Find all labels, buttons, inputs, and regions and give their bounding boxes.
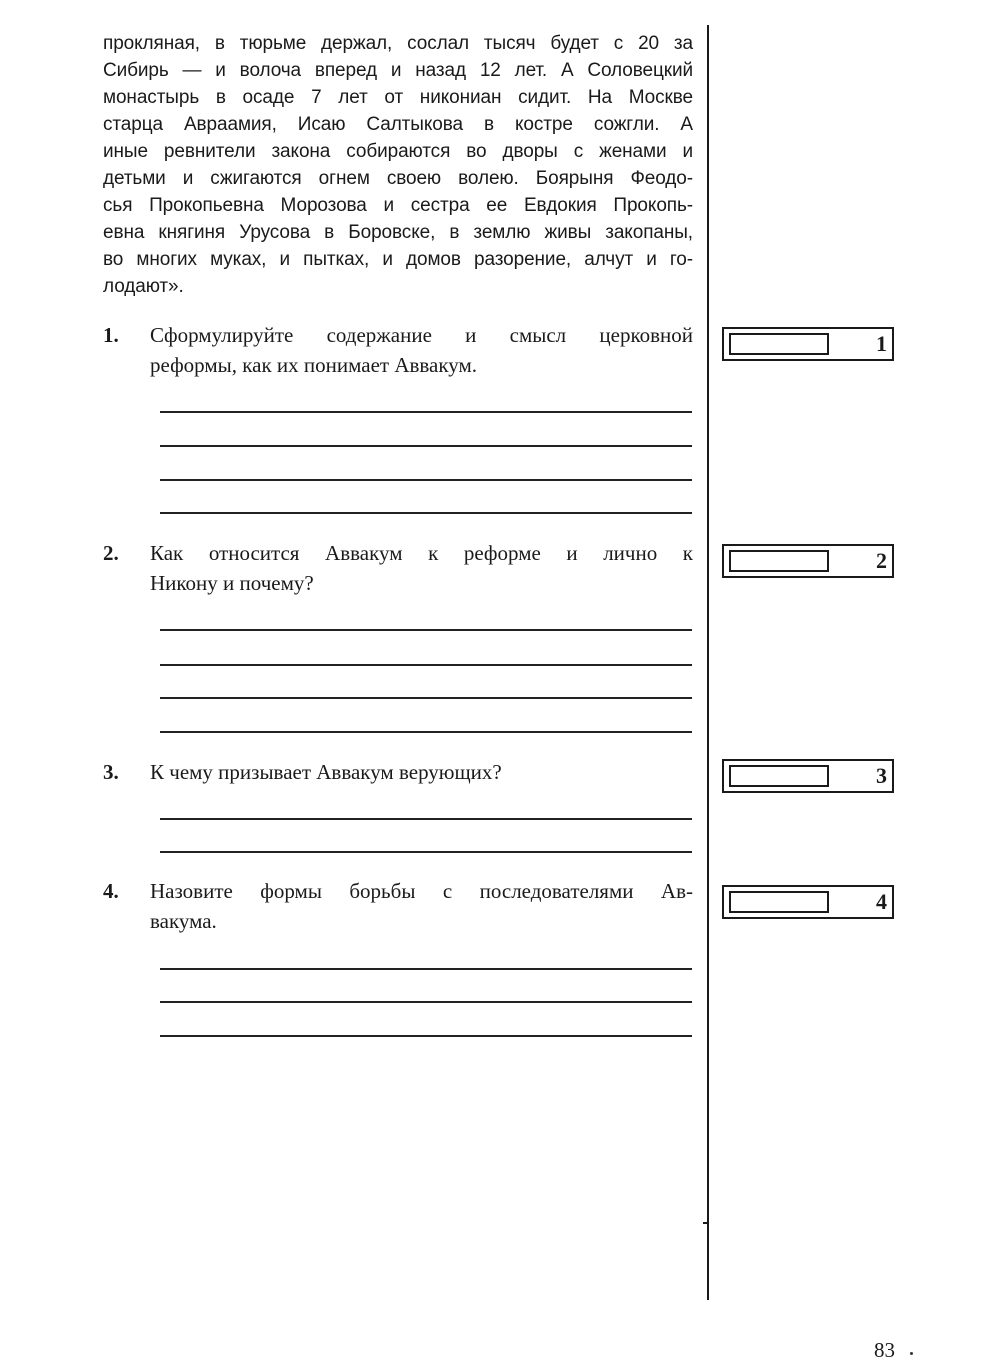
question-text-line: Сформулируйте содержание и смысл церковн… <box>150 320 693 350</box>
answer-line[interactable] <box>160 697 692 699</box>
score-label: 4 <box>876 888 887 916</box>
excerpt-line: Сибирь — и волоча вперед и назад 12 лет.… <box>103 57 693 84</box>
score-box-4[interactable]: 4 <box>722 885 894 919</box>
question-4: 4. Назовите формы борьбы с последователя… <box>103 876 693 936</box>
question-2: 2. Как относится Аввакум к реформе и лич… <box>103 538 693 598</box>
question-text: Как относится Аввакум к реформе и лично … <box>150 538 693 598</box>
question-number: 4. <box>103 876 119 906</box>
answer-line[interactable] <box>160 411 692 413</box>
answer-line[interactable] <box>160 731 692 733</box>
question-text-line: вакума. <box>150 906 693 936</box>
answer-line[interactable] <box>160 479 692 481</box>
score-label: 1 <box>876 330 887 358</box>
excerpt-line: евна княгиня Урусова в Боровске, в землю… <box>103 219 693 246</box>
excerpt-line: детьми и сжигаются огнем своею волею. Бо… <box>103 165 693 192</box>
question-text: Назовите формы борьбы с последователями … <box>150 876 693 936</box>
answer-line[interactable] <box>160 1035 692 1037</box>
source-excerpt: прокляная, в тюрьме держал, сослал тысяч… <box>103 30 693 300</box>
score-box-3[interactable]: 3 <box>722 759 894 793</box>
question-number: 3. <box>103 757 119 787</box>
answer-line[interactable] <box>160 1001 692 1003</box>
score-label: 3 <box>876 762 887 790</box>
score-input[interactable] <box>729 891 829 913</box>
excerpt-line: лодают». <box>103 273 693 300</box>
excerpt-line: сья Прокопьевна Морозова и сестра ее Евд… <box>103 192 693 219</box>
margin-divider <box>707 25 709 1300</box>
question-text-line: реформы, как их понимает Аввакум. <box>150 350 693 380</box>
question-number: 2. <box>103 538 119 568</box>
score-box-1[interactable]: 1 <box>722 327 894 361</box>
question-3: 3. К чему призывает Аввакум верующих? <box>103 757 693 787</box>
excerpt-line: старца Авраамия, Исаю Салтыкова в костре… <box>103 111 693 138</box>
question-text-line: Назовите формы борьбы с последователями … <box>150 876 693 906</box>
question-text-line: Никону и почему? <box>150 568 693 598</box>
question-text: Сформулируйте содержание и смысл церковн… <box>150 320 693 380</box>
answer-line[interactable] <box>160 445 692 447</box>
score-box-2[interactable]: 2 <box>722 544 894 578</box>
answer-line[interactable] <box>160 512 692 514</box>
question-text-line: К чему призывает Аввакум верующих? <box>150 757 693 787</box>
question-1: 1. Сформулируйте содержание и смысл церк… <box>103 320 693 380</box>
question-text-line: Как относится Аввакум к реформе и лично … <box>150 538 693 568</box>
excerpt-line: монастырь в осаде 7 лет от никониан сиди… <box>103 84 693 111</box>
answer-line[interactable] <box>160 968 692 970</box>
answer-line[interactable] <box>160 629 692 631</box>
excerpt-line: иные ревнители закона собираются во двор… <box>103 138 693 165</box>
score-input[interactable] <box>729 550 829 572</box>
question-number: 1. <box>103 320 119 350</box>
answer-line[interactable] <box>160 851 692 853</box>
score-input[interactable] <box>729 765 829 787</box>
page-number: 83 <box>874 1338 895 1363</box>
excerpt-line: прокляная, в тюрьме держал, сослал тысяч… <box>103 30 693 57</box>
answer-line[interactable] <box>160 818 692 820</box>
answer-line[interactable] <box>160 664 692 666</box>
score-label: 2 <box>876 547 887 575</box>
excerpt-line: во многих муках, и пытках, и домов разор… <box>103 246 693 273</box>
question-text: К чему призывает Аввакум верующих? <box>150 757 693 787</box>
page-dot <box>910 1352 913 1355</box>
score-input[interactable] <box>729 333 829 355</box>
divider-tick <box>703 1222 708 1224</box>
